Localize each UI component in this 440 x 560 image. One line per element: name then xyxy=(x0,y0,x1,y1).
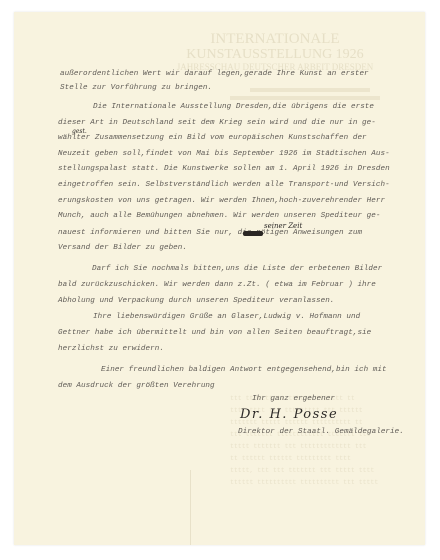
letter-line: Darf ich Sie nochmals bitten,uns die Lis… xyxy=(92,265,382,273)
letter-line: Stelle zur Vorführung zu bringen. xyxy=(60,84,212,92)
letter-line: Gettner habe ich übermittelt und bin von… xyxy=(58,329,371,337)
letter-line: Die Internationale Ausstellung Dresden,d… xyxy=(93,103,374,111)
letter-line: Munch, auch alle Bemühungen abnehmen. Wi… xyxy=(58,212,381,220)
letter-line: Abholung und Verpackung durch unseren Sp… xyxy=(58,297,334,305)
letter-line: herzlichst zu erwidern. xyxy=(58,345,164,353)
letter-line: außerordentlichen Wert wir darauf legen,… xyxy=(60,70,369,78)
signer-title: Direktor der Staatl. Gemäldegalerie. xyxy=(238,428,404,436)
letter-line: dem Ausdruck der größten Verehrung xyxy=(58,382,215,390)
letter-line: Einer freundlichen baldigen Antwort entg… xyxy=(101,366,387,374)
letter-line: stellungspalast statt. Die Kunstwerke so… xyxy=(58,165,390,173)
letter-line: erungskosten von uns getragen. Wir werde… xyxy=(58,197,385,205)
backside-line: ttttt, ttt ttt ttttttt ttt ttttt tttt xyxy=(230,467,374,474)
letter-line: Versand der Bilder zu geben. xyxy=(58,244,187,252)
backside-line: tttttt tttttttttt tttttttttt ttt ttttt xyxy=(230,479,378,486)
letter-line: dieser Art in Deutschland seit dem Krieg… xyxy=(58,119,376,127)
letter-line: wählter Zusammensetzung ein Bild vom eur… xyxy=(58,134,367,142)
closing-phrase: Ihr ganz ergebener xyxy=(252,395,335,403)
letter-line: nauest informieren und bitten Sie nur, d… xyxy=(58,229,362,237)
letter-line: Ihre liebenswürdigen Grüße an Glaser,Lud… xyxy=(93,313,360,321)
backside-line: ttttt ttttttt ttt ttttttttttttt ttt xyxy=(230,443,367,450)
letterhead-line: KUNSTAUSSTELLUNG 1926 xyxy=(175,48,375,62)
letterhead-rule xyxy=(250,88,370,92)
letterhead-line: INTERNATIONALE xyxy=(175,32,375,47)
letter-line: bald zurückzuschicken. Wir werden dann z… xyxy=(58,281,376,289)
paper-crease xyxy=(190,470,191,545)
letter-line: Neuzeit geben soll,findet von Mai bis Se… xyxy=(58,150,390,158)
letterhead-rule xyxy=(230,96,380,100)
letterhead-showthrough: INTERNATIONALE KUNSTAUSSTELLUNG 1926 JAH… xyxy=(175,32,375,73)
backside-line: tt tttttt tttttt ttttttttt tttt xyxy=(230,455,351,462)
struck-out-word xyxy=(243,231,263,236)
signature: Dr. H. Posse xyxy=(240,407,338,422)
letter-line: eingetroffen sein. Selbstverständlich we… xyxy=(58,181,390,189)
